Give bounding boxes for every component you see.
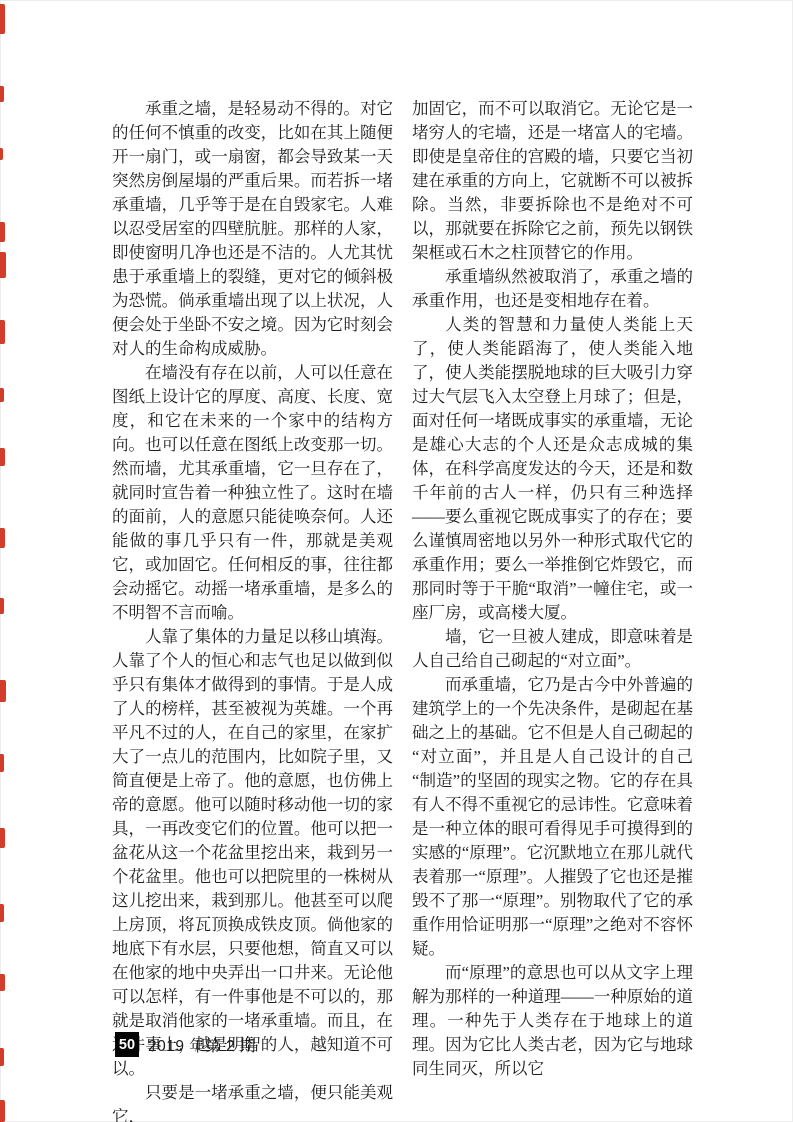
paragraph: 而承重墙，它乃是古今中外普遍的建筑学上的一个先决条件，是砌起在基础之上的基础。它…: [412, 673, 693, 961]
red-edge-mark: [0, 448, 5, 466]
red-edge-mark: [0, 680, 6, 702]
paragraph: 人类的智慧和力量使人类能上天了，使人类能蹈海了，使人类能入地了，使人类能摆脱地球…: [412, 313, 693, 625]
paragraph: 承重之墙，是轻易动不得的。对它的任何不慎重的改变，比如在其上随便开一扇门，或一扇…: [112, 97, 393, 361]
red-edge-mark: [0, 320, 5, 344]
issue-label: 2019 年第 2 期: [148, 1034, 256, 1056]
red-edge-mark: [0, 754, 4, 772]
paragraph: 而“原理”的意思也可以从文字上理解为那样的一种道理——一种原始的道理。一种先于人…: [412, 961, 693, 1081]
right-column: 加固它，而不可以取消它。无论它是一堵穷人的宅墙，还是一堵富人的宅墙。即使是皇帝住…: [412, 97, 693, 1081]
paragraph: 墙，它一旦被人建成，即意味着是人自己给自己砌起的“对立面”。: [412, 625, 693, 673]
red-edge-mark: [0, 252, 6, 278]
red-edge-mark: [0, 1100, 5, 1122]
red-edge-mark: [0, 222, 5, 242]
red-edge-mark: [0, 828, 5, 848]
red-edge-mark: [0, 4, 5, 34]
red-edge-mark: [0, 904, 4, 922]
page-number-badge: 50: [115, 1032, 139, 1057]
footer: 50 2019 年第 2 期: [115, 1032, 256, 1057]
torn-edge-marks: [0, 0, 10, 1122]
red-edge-mark: [0, 148, 3, 160]
red-edge-mark: [0, 86, 4, 102]
magazine-page: 承重之墙，是轻易动不得的。对它的任何不慎重的改变，比如在其上随便开一扇门，或一扇…: [0, 0, 793, 1122]
red-edge-mark: [0, 388, 4, 402]
paragraph: 在墙没有存在以前，人可以任意在图纸上设计它的厚度、高度、长度、宽度，和它在未来的…: [112, 361, 393, 625]
red-edge-mark: [0, 598, 4, 614]
paragraph: 承重墙纵然被取消了，承重之墙的承重作用，也还是变相地存在着。: [412, 265, 693, 313]
red-edge-mark: [0, 974, 5, 991]
paragraph: 人靠了集体的力量足以移山填海。人靠了个人的恒心和志气也足以做到似乎只有集体才做得…: [112, 625, 393, 1081]
left-column: 承重之墙，是轻易动不得的。对它的任何不慎重的改变，比如在其上随便开一扇门，或一扇…: [112, 97, 393, 1122]
red-edge-mark: [0, 528, 5, 548]
paragraph: 只要是一堵承重之墙，便只能美观它，: [112, 1081, 393, 1122]
red-edge-mark: [0, 1048, 4, 1066]
paragraph-continuation: 加固它，而不可以取消它。无论它是一堵穷人的宅墙，还是一堵富人的宅墙。即使是皇帝住…: [412, 97, 693, 265]
